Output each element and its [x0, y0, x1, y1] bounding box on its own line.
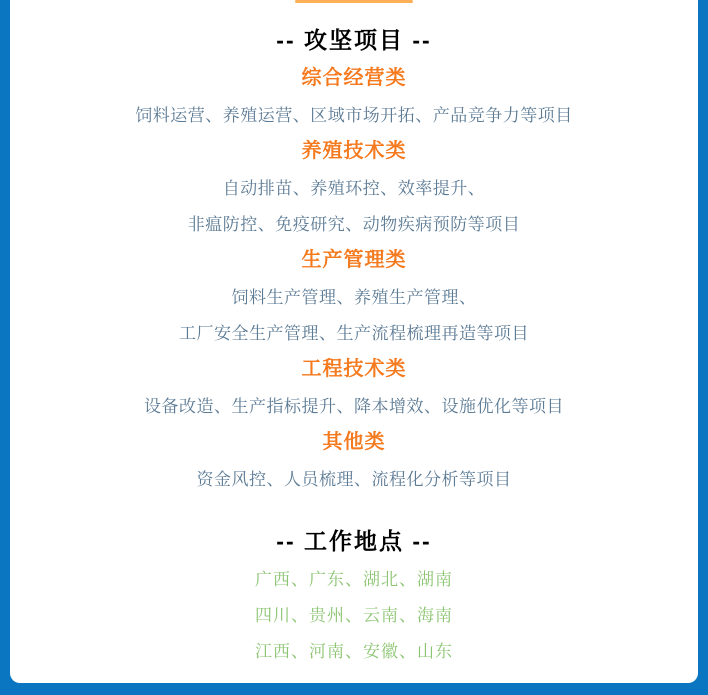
locations-line: 江西、河南、安徽、山东 [10, 642, 698, 662]
orange-divider-line [295, 0, 413, 3]
group-line: 资金风控、人员梳理、流程化分析等项目 [10, 470, 698, 490]
group-line: 非瘟防控、免疫研究、动物疾病预防等项目 [10, 215, 698, 235]
project-group: 其他类 资金风控、人员梳理、流程化分析等项目 [10, 430, 698, 490]
card-content: -- 攻坚项目 -- 综合经营类 饲料运营、养殖运营、区域市场开拓、产品竞争力等… [10, 0, 698, 662]
group-title-others: 其他类 [10, 430, 698, 454]
locations-line: 四川、贵州、云南、海南 [10, 606, 698, 626]
group-line: 设备改造、生产指标提升、降本增效、设施优化等项目 [10, 397, 698, 417]
group-line: 饲料运营、养殖运营、区域市场开拓、产品竞争力等项目 [10, 106, 698, 126]
project-group: 养殖技术类 自动排苗、养殖环控、效率提升、 非瘟防控、免疫研究、动物疾病预防等项… [10, 139, 698, 235]
group-line: 工厂安全生产管理、生产流程梳理再造等项目 [10, 324, 698, 344]
group-title-breeding-technology: 养殖技术类 [10, 139, 698, 163]
locations-line: 广西、广东、湖北、湖南 [10, 570, 698, 590]
poster-page: -- 攻坚项目 -- 综合经营类 饲料运营、养殖运营、区域市场开拓、产品竞争力等… [0, 0, 708, 695]
group-line: 自动排苗、养殖环控、效率提升、 [10, 179, 698, 199]
group-title-comprehensive-operations: 综合经营类 [10, 66, 698, 90]
project-group: 生产管理类 饲料生产管理、养殖生产管理、 工厂安全生产管理、生产流程梳理再造等项… [10, 248, 698, 344]
group-title-engineering-technology: 工程技术类 [10, 357, 698, 381]
content-card: -- 攻坚项目 -- 综合经营类 饲料运营、养殖运营、区域市场开拓、产品竞争力等… [10, 0, 698, 683]
locations-section-title: -- 工作地点 -- [10, 528, 698, 554]
group-title-production-management: 生产管理类 [10, 248, 698, 272]
group-line: 饲料生产管理、养殖生产管理、 [10, 288, 698, 308]
project-group: 工程技术类 设备改造、生产指标提升、降本增效、设施优化等项目 [10, 357, 698, 417]
projects-section-title: -- 攻坚项目 -- [10, 27, 698, 53]
project-group: 综合经营类 饲料运营、养殖运营、区域市场开拓、产品竞争力等项目 [10, 66, 698, 126]
